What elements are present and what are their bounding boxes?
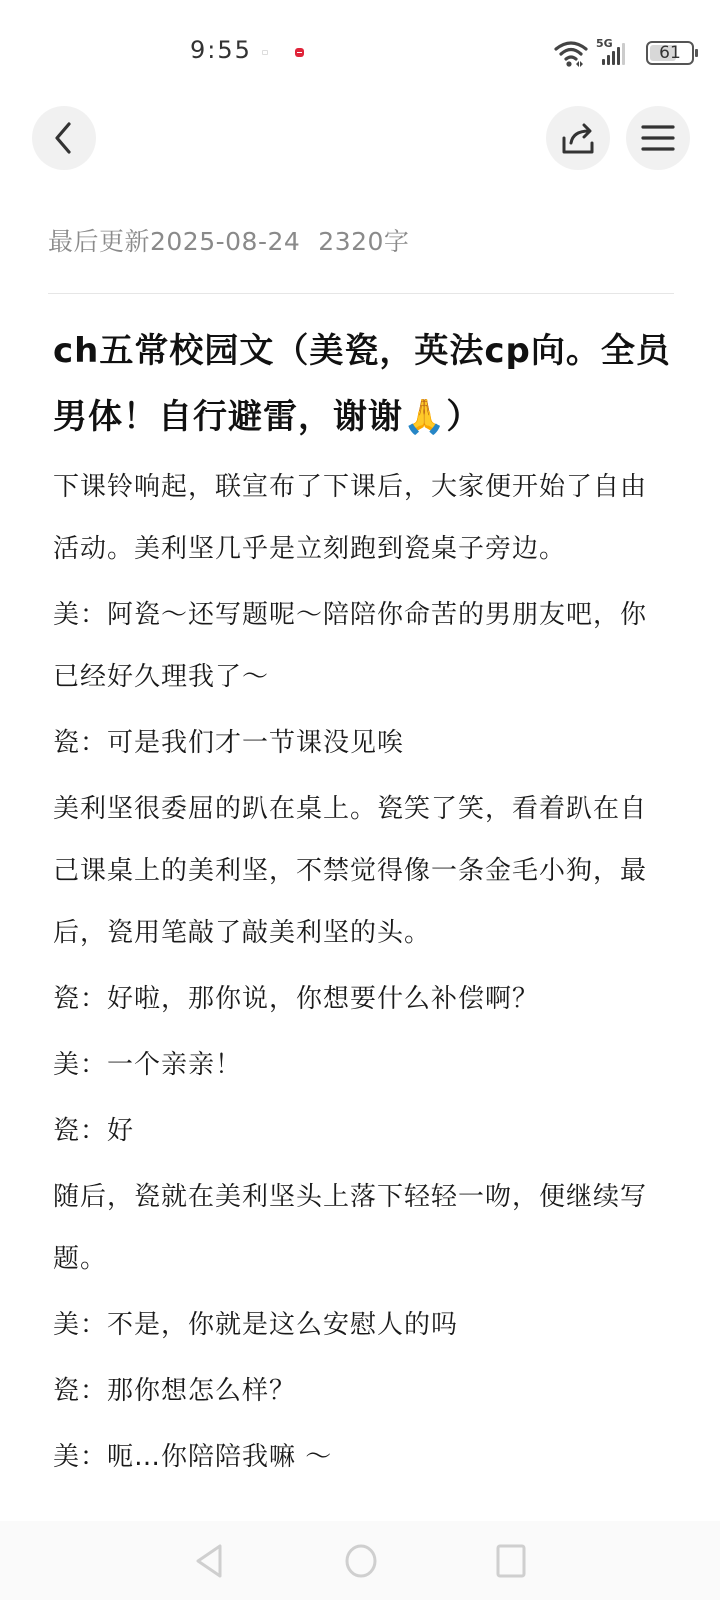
article-body: ch五常校园文（美瓷，英法cp向。全员男体！自行避雷，谢谢🙏） 下课铃响起，联宣… — [53, 318, 673, 1488]
battery-level: 61 — [648, 43, 692, 63]
paragraph: 瓷：可是我们才一节课没见唉 — [53, 712, 673, 774]
paragraph: 美：阿瓷～还写题呢～陪陪你命苦的男朋友吧，你已经好久理我了～ — [53, 584, 673, 708]
paragraph: 美：呃…你陪陪我嘛 ～ — [53, 1426, 673, 1488]
word-count: 2320字 — [318, 227, 409, 256]
battery-icon: 61 — [646, 41, 694, 65]
hamburger-menu-icon — [641, 123, 675, 153]
status-indicators: 5G 61 — [554, 38, 694, 68]
share-icon — [561, 121, 595, 155]
notification-icon — [262, 50, 268, 55]
share-button[interactable] — [546, 106, 610, 170]
status-bar: 9:55 5G 61 — [0, 0, 720, 90]
nav-home-icon[interactable] — [344, 1543, 378, 1579]
notification-badge-icon — [295, 48, 304, 57]
chevron-left-icon — [50, 121, 78, 155]
article-title: ch五常校园文（美瓷，英法cp向。全员男体！自行避雷，谢谢🙏） — [53, 318, 673, 450]
paragraph: 随后，瓷就在美利坚头上落下轻轻一吻，便继续写题。 — [53, 1166, 673, 1290]
paragraph: 下课铃响起，联宣布了下课后，大家便开始了自由活动。美利坚几乎是立刻跑到瓷桌子旁边… — [53, 456, 673, 580]
last-updated: 最后更新2025-08-24 — [48, 227, 300, 256]
paragraph: 瓷：好啦，那你说，你想要什么补偿啊？ — [53, 968, 673, 1030]
article-meta: 最后更新2025-08-242320字 — [48, 222, 409, 258]
paragraph: 美：不是，你就是这么安慰人的吗 — [53, 1294, 673, 1356]
back-button[interactable] — [32, 106, 96, 170]
divider — [48, 293, 674, 294]
paragraph: 瓷：好 — [53, 1100, 673, 1162]
paragraph: 美利坚很委屈的趴在桌上。瓷笑了笑，看着趴在自己课桌上的美利坚，不禁觉得像一条金毛… — [53, 778, 673, 964]
system-nav-bar — [0, 1521, 720, 1600]
paragraph: 美：一个亲亲！ — [53, 1034, 673, 1096]
nav-recents-icon[interactable] — [496, 1544, 526, 1578]
menu-button[interactable] — [626, 106, 690, 170]
status-time: 9:55 — [190, 36, 252, 64]
wifi-icon — [554, 39, 588, 67]
cellular-signal-icon: 5G — [596, 39, 634, 67]
nav-back-icon[interactable] — [194, 1543, 226, 1579]
paragraph: 瓷：那你想怎么样？ — [53, 1360, 673, 1422]
